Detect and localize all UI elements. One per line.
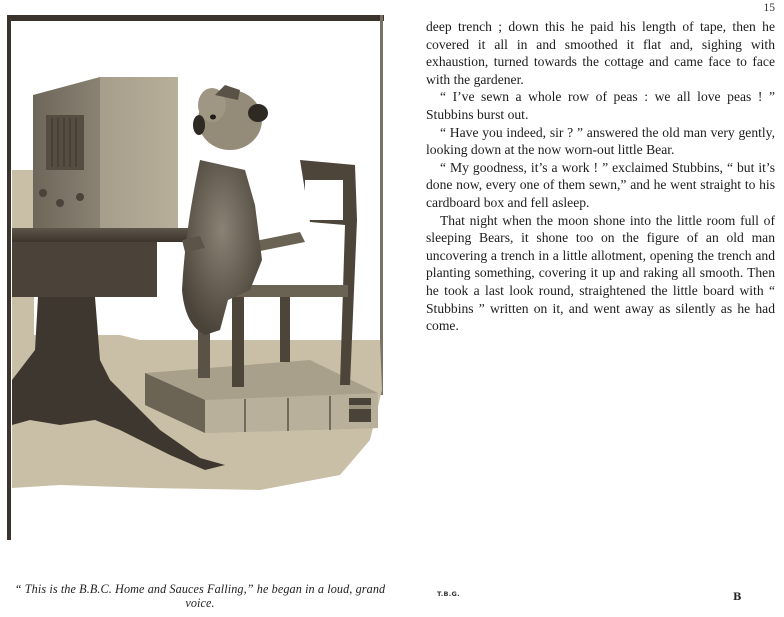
illustration — [0, 0, 400, 560]
radio — [33, 77, 178, 228]
paragraph: That night when the moon shone into the … — [426, 212, 775, 335]
signature-letter: B — [733, 592, 741, 603]
paragraph: “ My goodness, it’s a work ! ” exclaimed… — [426, 159, 775, 212]
paragraph: “ Have you indeed, sir ? ” answered the … — [426, 124, 775, 159]
page-number: 15 — [764, 2, 776, 14]
book-spread: “ This is the B.B.C. Home and Sauces Fal… — [0, 0, 784, 617]
body-text: deep trench ; down this he paid his leng… — [426, 18, 775, 335]
signature-mark: T.B.G. — [437, 590, 460, 598]
illustration-caption: “ This is the B.B.C. Home and Sauces Fal… — [10, 582, 390, 610]
bear — [182, 85, 268, 335]
paragraph: deep trench ; down this he paid his leng… — [426, 18, 775, 88]
paragraph: “ I’ve sewn a whole row of peas : we all… — [426, 88, 775, 123]
